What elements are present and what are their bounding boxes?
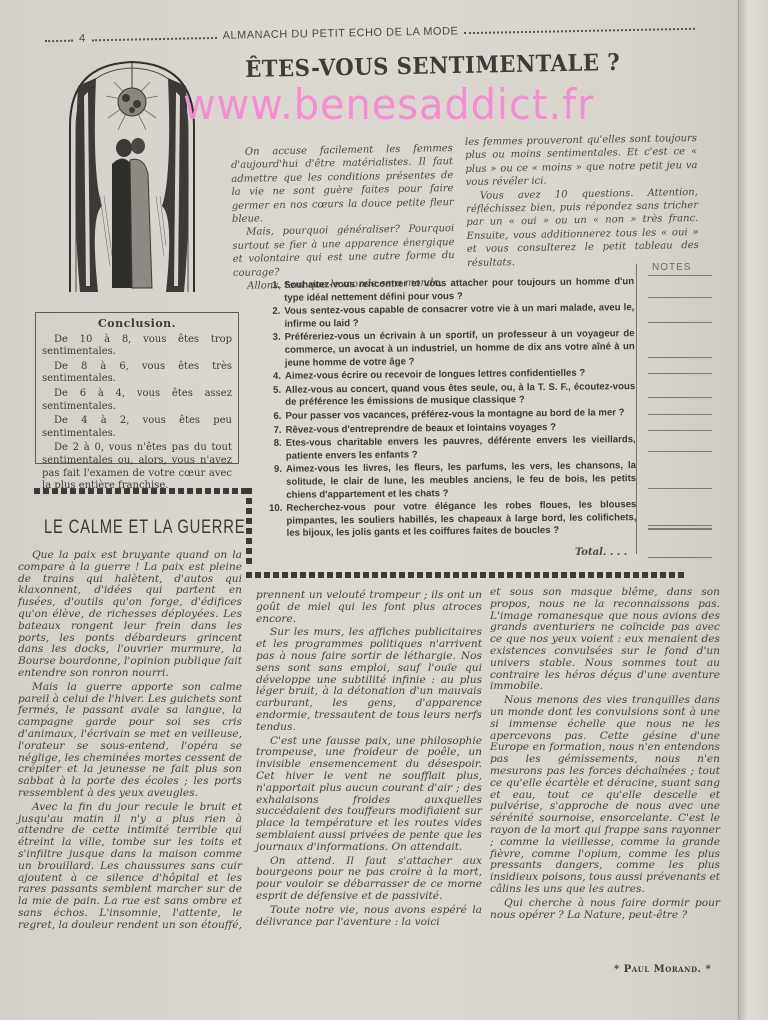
question-number: 6.: [263, 411, 285, 424]
question-text: Etes-vous charitable envers les pauvres,…: [286, 434, 636, 463]
article-paragraph: On attend. Il faut s'attacher aux bourge…: [256, 856, 482, 903]
square-ornament: [534, 572, 540, 578]
square-ornament: [435, 572, 441, 578]
square-ornament: [196, 488, 202, 494]
quiz-intro-right: les femmes prouveront qu'elles sont touj…: [465, 132, 699, 270]
question-number: 9.: [264, 464, 286, 502]
square-ornament: [246, 518, 252, 524]
square-ornament: [363, 572, 369, 578]
notes-divider: [636, 264, 637, 554]
intro-paragraph: Mais, pourquoi généraliser? Pourquoi sur…: [232, 222, 455, 279]
square-ornament: [106, 488, 112, 494]
square-ornament: [345, 572, 351, 578]
square-ornament: [399, 572, 405, 578]
square-ornament: [246, 508, 252, 514]
square-ornament: [660, 572, 666, 578]
square-ornament: [489, 572, 495, 578]
square-ornament: [570, 572, 576, 578]
question-item: 1.Souhaitez-vous rencontrer et vous atta…: [262, 276, 634, 305]
article-paragraph: Qui cherche à nous faire dormir pour nou…: [490, 898, 720, 922]
square-ornament: [372, 572, 378, 578]
notes-line: [648, 373, 712, 374]
square-ornament: [462, 572, 468, 578]
notes-line: [648, 322, 712, 323]
square-ornament: [124, 488, 130, 494]
conclusion-item: De 4 à 2, vous êtes peu sentimentales.: [42, 415, 232, 440]
article-paragraph: prennent un velouté trompeur ; ils ont u…: [256, 590, 482, 625]
question-item: 9.Aimez-vous les livres, les fleurs, les…: [264, 460, 636, 502]
notes-line: [648, 414, 712, 415]
article-paragraph: Mais la guerre apporte son calme pareil …: [18, 682, 242, 800]
question-item: 8.Etes-vous charitable envers les pauvre…: [264, 434, 636, 463]
notes-line: [648, 525, 712, 526]
square-ornament: [633, 572, 639, 578]
question-item: 10.Recherchez-vous pour votre élégance l…: [264, 499, 636, 541]
question-item: 3.Préféreriez-vous un écrivain à un spor…: [263, 328, 635, 370]
square-ornament: [160, 488, 166, 494]
square-ornament: [246, 488, 252, 494]
quiz-questions: 1.Souhaitez-vous rencontrer et vous atta…: [262, 276, 637, 542]
dotted-leader: [92, 36, 217, 40]
square-ornament: [97, 488, 103, 494]
notes-line: [648, 528, 712, 530]
square-ornament: [408, 572, 414, 578]
decorative-border: [246, 572, 684, 578]
article-paragraph: et sous son masque blême, dans son propo…: [490, 587, 720, 693]
notes-line: [648, 451, 712, 452]
square-ornament: [552, 572, 558, 578]
notes-line: [648, 357, 712, 358]
square-ornament: [205, 488, 211, 494]
question-number: 10.: [264, 503, 286, 541]
notes-label: NOTES: [652, 262, 691, 273]
author-signature: * Paul Morand. *: [614, 964, 711, 975]
square-ornament: [444, 572, 450, 578]
square-ornament: [309, 572, 315, 578]
intro-paragraph: On accuse facilement les femmes d'aujour…: [231, 142, 454, 226]
square-ornament: [187, 488, 193, 494]
square-ornament: [282, 572, 288, 578]
question-number: 2.: [262, 306, 284, 331]
notes-line: [648, 397, 712, 398]
square-ornament: [115, 488, 121, 494]
conclusion-box: Conclusion. De 10 à 8, vous êtes trop se…: [35, 312, 239, 464]
quiz-title: ÊTES-VOUS SENTIMENTALE ?: [245, 49, 620, 83]
couple-under-mistletoe-illustration: [62, 56, 202, 296]
dotted-leader: [464, 27, 695, 33]
square-ornament: [300, 572, 306, 578]
square-ornament: [169, 488, 175, 494]
question-number: 1.: [262, 280, 284, 305]
square-ornament: [597, 572, 603, 578]
question-number: 4.: [263, 371, 285, 384]
notes-line: [648, 275, 712, 276]
square-ornament: [615, 572, 621, 578]
square-ornament: [588, 572, 594, 578]
square-ornament: [246, 538, 252, 544]
conclusion-item: De 6 à 4, vous êtes assez sentimentales.: [42, 388, 232, 413]
square-ornament: [178, 488, 184, 494]
square-ornament: [246, 558, 252, 564]
square-ornament: [471, 572, 477, 578]
decorative-border: [34, 488, 247, 494]
square-ornament: [246, 498, 252, 504]
question-text: Aimez-vous les livres, les fleurs, les p…: [286, 460, 636, 501]
square-ornament: [133, 488, 139, 494]
square-ornament: [151, 488, 157, 494]
square-ornament: [264, 572, 270, 578]
square-ornament: [88, 488, 94, 494]
square-ornament: [381, 572, 387, 578]
intro-paragraph: Vous avez 10 questions. Attention, réflé…: [466, 186, 699, 270]
conclusion-item: De 2 à 0, vous n'êtes pas du tout sentim…: [42, 442, 232, 492]
notes-line: [648, 430, 712, 431]
question-number: 7.: [264, 424, 286, 437]
square-ornament: [318, 572, 324, 578]
square-ornament: [223, 488, 229, 494]
dotted-leader: [45, 39, 73, 42]
article-title: LE CALME ET LA GUERRE: [44, 517, 245, 539]
article-column-3: et sous son masque blême, dans son propo…: [490, 587, 720, 923]
square-ornament: [273, 572, 279, 578]
square-ornament: [516, 572, 522, 578]
article-paragraph: Toute notre vie, nous avons espéré la dé…: [256, 905, 482, 929]
decorative-border: [246, 488, 252, 564]
square-ornament: [669, 572, 675, 578]
square-ornament: [525, 572, 531, 578]
square-ornament: [507, 572, 513, 578]
page-number: 4: [79, 32, 86, 44]
question-text: Vous sentez-vous capable de consacrer vo…: [284, 302, 634, 331]
square-ornament: [79, 488, 85, 494]
page-edge: [738, 0, 768, 1020]
article-column-2: prennent un velouté trompeur ; ils ont u…: [256, 590, 482, 930]
watermark: www.benesaddict.fr: [183, 80, 594, 129]
article-paragraph: Avec la fin du jour recule le bruit et j…: [18, 802, 242, 932]
square-ornament: [232, 488, 238, 494]
square-ornament: [579, 572, 585, 578]
square-ornament: [43, 488, 49, 494]
notes-line: [648, 557, 712, 558]
square-ornament: [246, 572, 252, 578]
square-ornament: [52, 488, 58, 494]
notes-line: [648, 297, 712, 298]
quiz-intro-left: On accuse facilement les femmes d'aujour…: [231, 142, 456, 293]
square-ornament: [606, 572, 612, 578]
square-ornament: [70, 488, 76, 494]
total-label: Total. . . .: [575, 547, 627, 558]
question-item: 5.Allez-vous au concert, quand vous êtes…: [263, 381, 635, 410]
article-paragraph: Nous menons des vies tranquilles dans un…: [490, 695, 720, 896]
square-ornament: [678, 572, 684, 578]
conclusion-item: De 10 à 8, vous êtes trop sentimentales.: [42, 334, 232, 359]
running-header: 4 ALMANACH DU PETIT ECHO DE LA MODE: [45, 18, 695, 48]
question-text: Souhaitez-vous rencontrer et vous attach…: [284, 276, 634, 305]
square-ornament: [651, 572, 657, 578]
question-text: Allez-vous au concert, quand vous êtes s…: [285, 381, 635, 410]
square-ornament: [426, 572, 432, 578]
square-ornament: [498, 572, 504, 578]
article-paragraph: C'est une fausse paix, une philosophie t…: [256, 736, 482, 854]
square-ornament: [453, 572, 459, 578]
square-ornament: [246, 528, 252, 534]
question-text: Préféreriez-vous un écrivain à un sporti…: [285, 328, 635, 369]
question-item: 2.Vous sentez-vous capable de consacrer …: [262, 302, 634, 331]
square-ornament: [480, 572, 486, 578]
question-text: Recherchez-vous pour votre élégance les …: [286, 499, 636, 540]
square-ornament: [417, 572, 423, 578]
running-title: ALMANACH DU PETIT ECHO DE LA MODE: [223, 25, 459, 42]
article-paragraph: Que la paix est bruyante quand on la com…: [18, 550, 242, 680]
square-ornament: [336, 572, 342, 578]
square-ornament: [34, 488, 40, 494]
square-ornament: [246, 548, 252, 554]
square-ornament: [543, 572, 549, 578]
question-number: 5.: [263, 385, 285, 410]
square-ornament: [214, 488, 220, 494]
question-number: 3.: [263, 332, 285, 370]
intro-paragraph: les femmes prouveront qu'elles sont touj…: [465, 132, 698, 190]
conclusion-item: De 8 à 6, vous êtes très sentimentales.: [42, 361, 232, 386]
square-ornament: [390, 572, 396, 578]
article-column-1: Que la paix est bruyante quand on la com…: [18, 550, 242, 934]
square-ornament: [354, 572, 360, 578]
square-ornament: [624, 572, 630, 578]
square-ornament: [291, 572, 297, 578]
square-ornament: [142, 488, 148, 494]
square-ornament: [561, 572, 567, 578]
square-ornament: [61, 488, 67, 494]
conclusion-heading: Conclusion.: [42, 318, 232, 331]
notes-line: [648, 488, 712, 489]
question-number: 8.: [264, 438, 286, 463]
square-ornament: [327, 572, 333, 578]
square-ornament: [642, 572, 648, 578]
article-paragraph: Sur les murs, les affiches publicitaires…: [256, 627, 482, 733]
magazine-page: 4 ALMANACH DU PETIT ECHO DE LA MODE: [0, 0, 740, 1020]
square-ornament: [255, 572, 261, 578]
